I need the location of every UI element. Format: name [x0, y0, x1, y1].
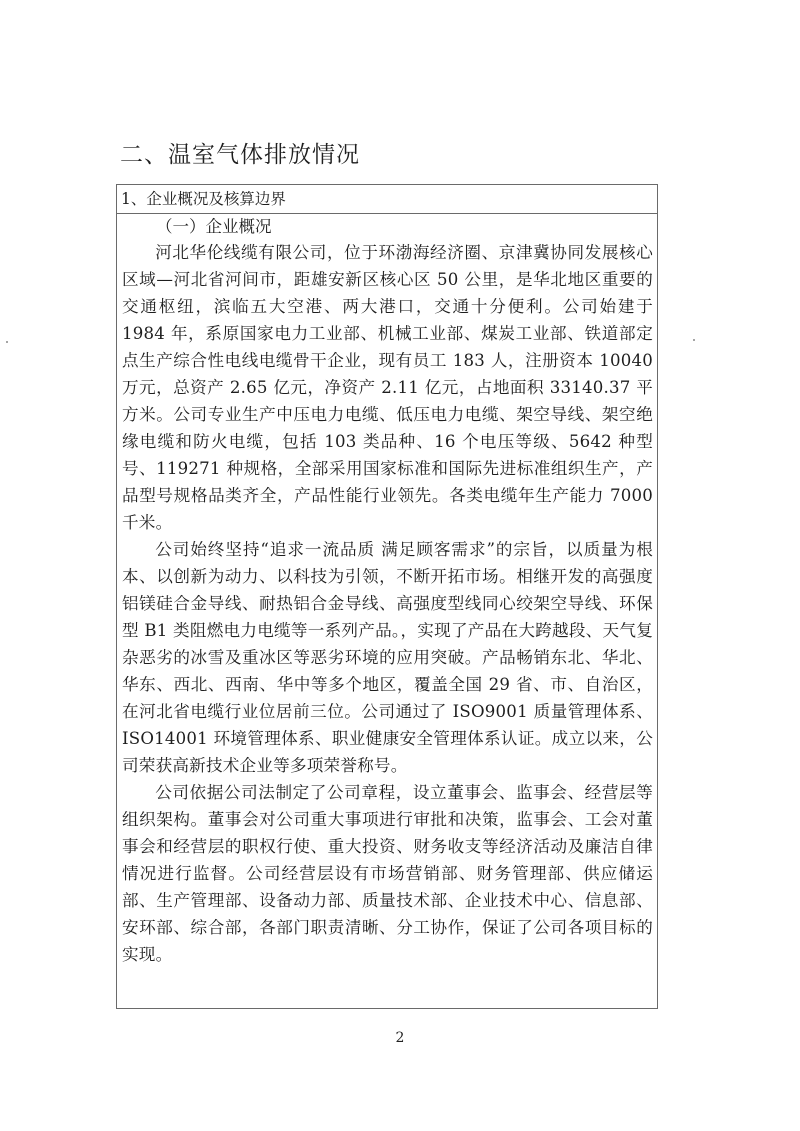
paragraph-governance: 公司依据公司法制定了公司章程，设立董事会、监事会、经营层等组织架构。董事会对公司…: [122, 779, 653, 968]
scan-artifact-dot: [6, 341, 8, 343]
subheading: （一）企业概况: [122, 214, 653, 239]
scan-artifact-dot: [693, 339, 695, 341]
section-title: 二、温室气体排放情况: [120, 136, 360, 169]
box-header: 1、企业概况及核算边界: [117, 185, 657, 214]
paragraph-company-intro: 河北华伦线缆有限公司，位于环渤海经济圈、京津冀协同发展核心区域—河北省河间市，距…: [122, 239, 653, 536]
paragraph-mission-products: 公司始终坚持“追求一流品质 满足顾客需求”的宗旨，以质量为根本、以创新为动力、以…: [122, 536, 653, 779]
enterprise-overview-box: 1、企业概况及核算边界 （一）企业概况 河北华伦线缆有限公司，位于环渤海经济圈、…: [116, 184, 658, 1009]
box-body: （一）企业概况 河北华伦线缆有限公司，位于环渤海经济圈、京津冀协同发展核心区域—…: [117, 214, 657, 968]
page-number: 2: [0, 1030, 800, 1046]
